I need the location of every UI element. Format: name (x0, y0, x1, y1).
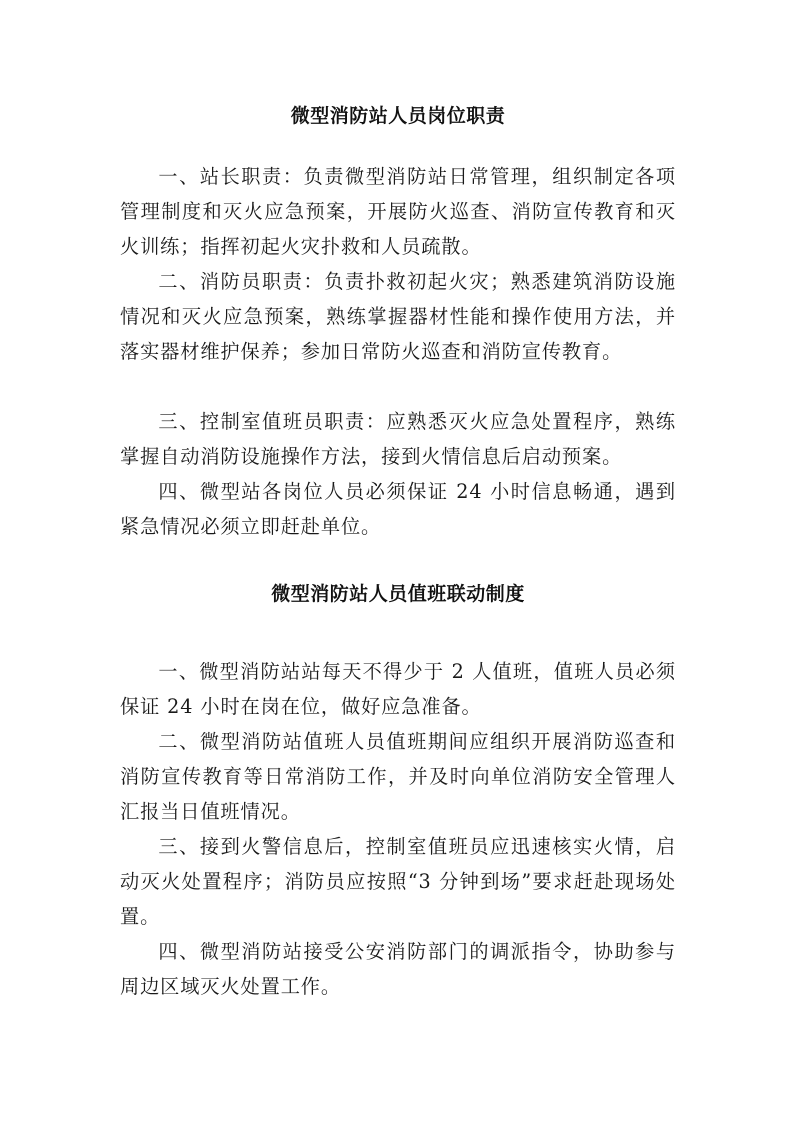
section-title-duty-linkage-system: 微型消防站人员值班联动制度 (120, 579, 676, 606)
paragraph-communication-requirement: 四、微型站各岗位人员必须保证 24 小时信息畅通，遇到紧急情况必须立即赶赴单位。 (120, 474, 676, 544)
paragraph-dispatch-cooperation: 四、微型消防站接受公安消防部门的调派指令，协助参与周边区域灭火处置工作。 (120, 934, 676, 1004)
section-title-job-duties: 微型消防站人员岗位职责 (120, 101, 676, 128)
paragraph-station-chief-duties: 一、站长职责：负责微型消防站日常管理，组织制定各项管理制度和灭火应急预案，开展防… (120, 159, 676, 264)
paragraph-duty-staffing: 一、微型消防站站每天不得少于 2 人值班，值班人员必须保证 24 小时在岗在位，… (120, 654, 676, 724)
paragraph-control-room-duties: 三、控制室值班员职责：应熟悉灭火应急处置程序，熟练掌握自动消防设施操作方法，接到… (120, 404, 676, 474)
paragraph-duty-period-work: 二、微型消防站值班人员值班期间应组织开展消防巡查和消防宣传教育等日常消防工作，并… (120, 724, 676, 829)
paragraph-fire-alarm-response: 三、接到火警信息后，控制室值班员应迅速核实火情，启动灭火处置程序；消防员应按照“… (120, 829, 676, 934)
paragraph-firefighter-duties: 二、消防员职责：负责扑救初起火灾；熟悉建筑消防设施情况和灭火应急预案，熟练掌握器… (120, 264, 676, 369)
